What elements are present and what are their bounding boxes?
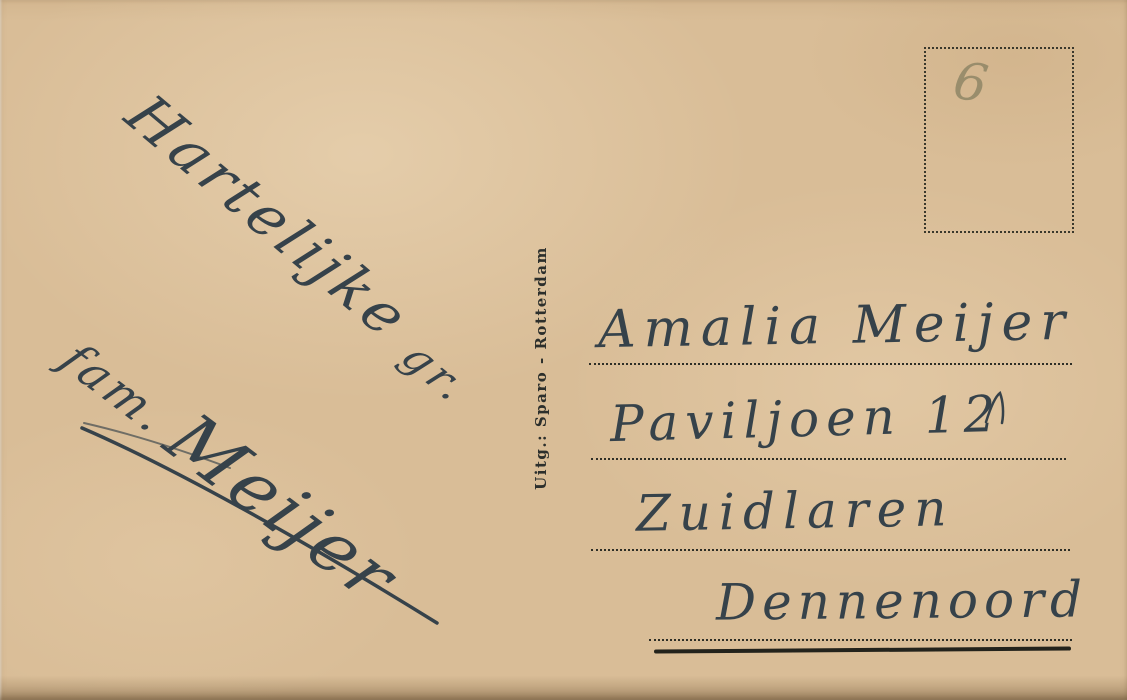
address-rule-2: [591, 458, 1066, 460]
address-rule-3: [591, 549, 1070, 551]
message-word-hartelijke: Hartelijke: [112, 83, 426, 352]
address-line-name: Amalia Meijer: [598, 296, 1074, 356]
message-word-gr: gr.: [394, 336, 479, 410]
address-line-street: Paviljoen 12: [609, 389, 1003, 449]
postcard-back: Hartelijkegr. fam.Meijer Uitg.: Sparo - …: [0, 0, 1127, 700]
message-signature-meijer: Meijer: [153, 403, 413, 613]
address-rule-1: [589, 363, 1072, 365]
pencil-mark: 6: [950, 55, 992, 112]
stamp-box: 6: [924, 47, 1074, 233]
dennenoord-underline: [654, 647, 1071, 653]
address-line-institution: Dennenoord: [716, 574, 1088, 627]
message-line-2: fam.Meijer: [50, 320, 416, 610]
publisher-imprint: Uitg.: Sparo - Rotterdam: [532, 228, 550, 508]
message-line-1: Hartelijkegr.: [115, 86, 493, 407]
message-word-fam: fam.: [50, 333, 183, 444]
address-line-town: Zuidlaren: [636, 483, 955, 539]
address-rule-4: [649, 639, 1072, 641]
